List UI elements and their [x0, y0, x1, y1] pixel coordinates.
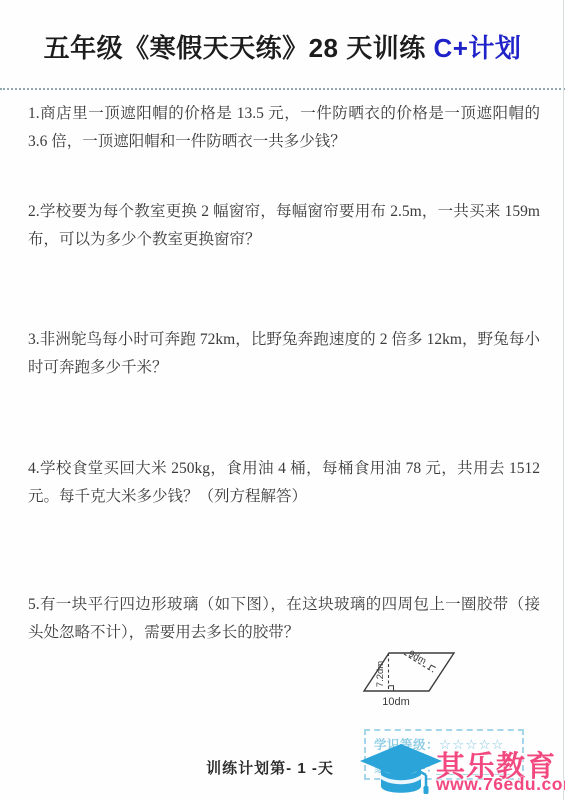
title-separator — [0, 88, 565, 90]
base-label: 10dm — [382, 696, 410, 708]
problem-2: 2.学校要为每个教室更换 2 幅窗帘，每幅窗帘要用布 2.5m，一共买来 159… — [28, 198, 540, 254]
problem-3: 3.非洲鸵鸟每小时可奔跑 72km，比野兔奔跑速度的 2 倍多 12km，野兔每… — [28, 326, 540, 382]
problem-4: 4.学校食堂买回大米 250kg，食用油 4 桶，每桶食用油 78 元，共用去 … — [28, 455, 540, 511]
side-height-label: 9dm — [406, 649, 428, 667]
worksheet-page: 五年级《寒假天天练》28 天训练 C+计划 1.商店里一顶遮阳帽的价格是 13.… — [0, 0, 565, 800]
page-title-plan: C+计划 — [433, 33, 521, 63]
page-edge-line — [563, 0, 564, 800]
right-angle-mark-base — [389, 686, 394, 691]
brand-url: www.76edu.com — [436, 774, 565, 795]
training-day-footer: 训练计划第- 1 -天 — [150, 757, 390, 778]
right-angle-mark-side — [428, 665, 435, 669]
problem-1: 1.商店里一顶遮阳帽的价格是 13.5 元，一件防晒衣的价格是一顶遮阳帽的 3.… — [28, 100, 540, 156]
graduation-cap-icon — [358, 742, 444, 800]
page-title: 五年级《寒假天天练》28 天训练 C+计划 — [0, 28, 565, 65]
parallelogram-diagram: 7.2dm 9dm 10dm — [350, 637, 488, 731]
page-title-main: 五年级《寒假天天练》28 天训练 — [44, 33, 434, 63]
height-label: 7.2dm — [375, 661, 386, 687]
